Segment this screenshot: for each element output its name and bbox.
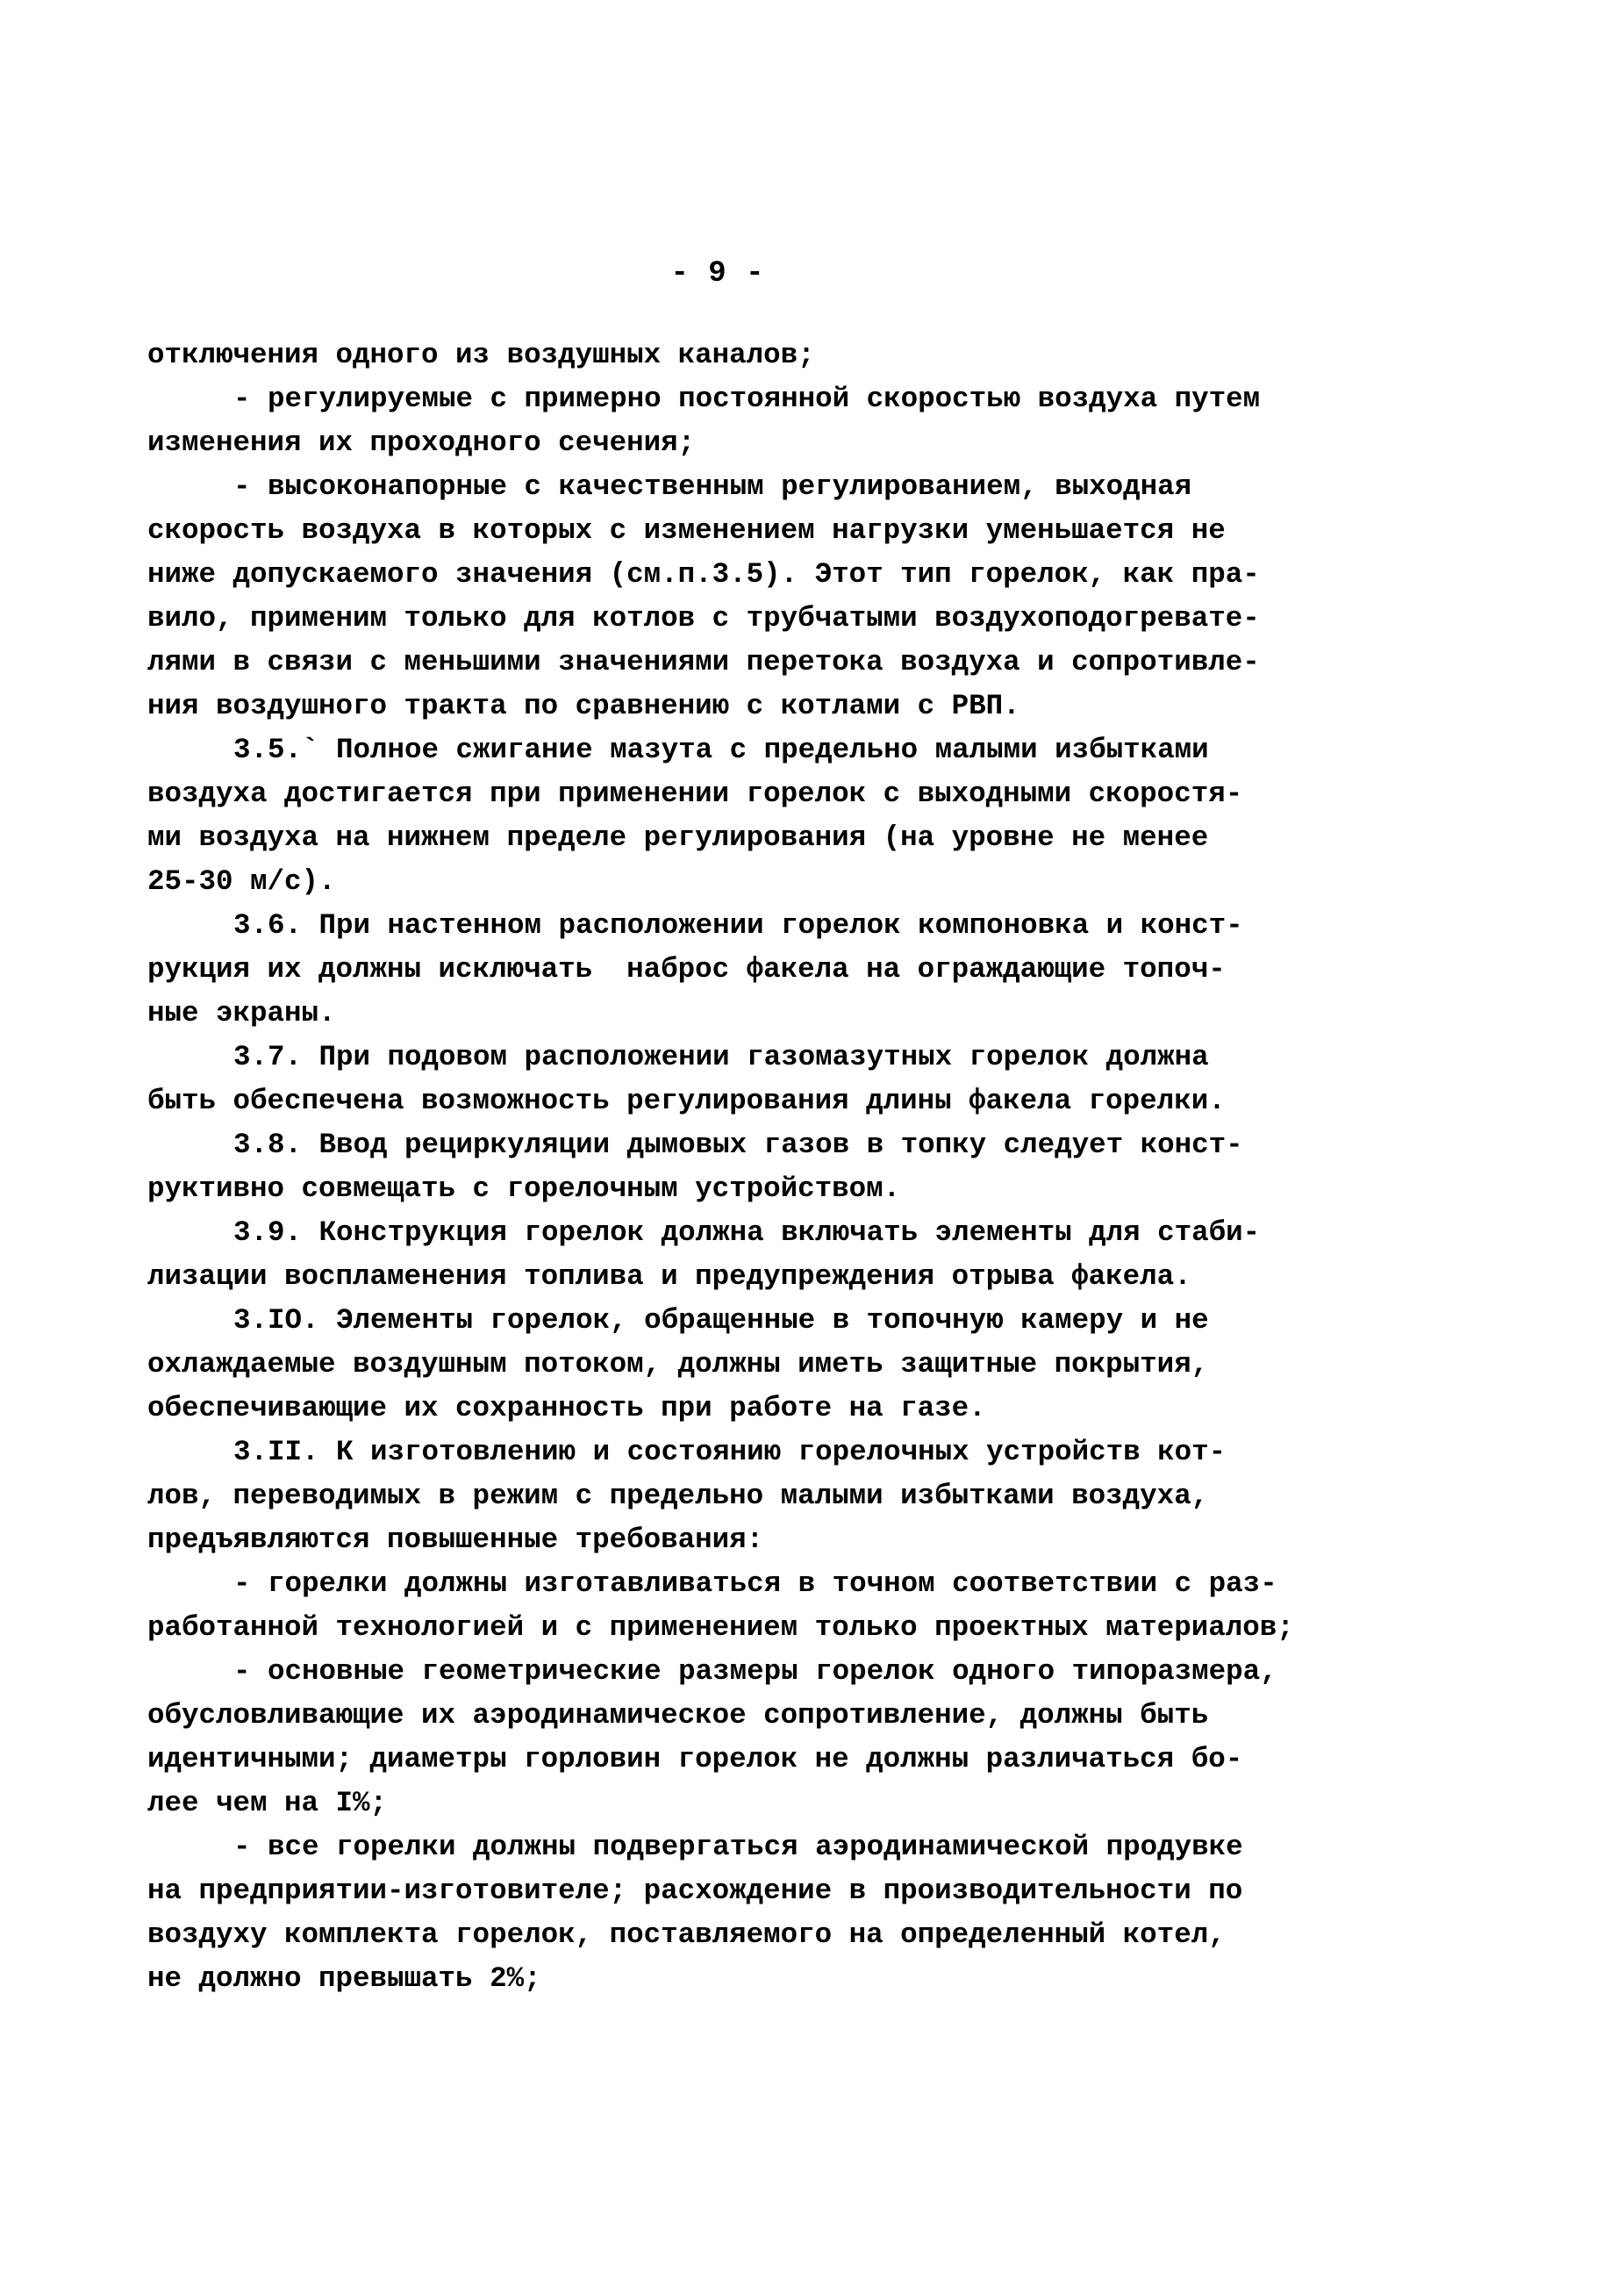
text-line: на предприятии-изготовителе; расхождение… (147, 1869, 1516, 1913)
text-line: отключения одного из воздушных каналов; (147, 333, 1516, 377)
text-line: лизации воспламенения топлива и предупре… (147, 1255, 1516, 1299)
text-line: работанной технологией и с применением т… (147, 1606, 1516, 1650)
text-line: обеспечивающие их сохранность при работе… (147, 1387, 1516, 1430)
page-number: - 9 - (147, 256, 1288, 291)
text-line: изменения их проходного сечения; (147, 421, 1516, 465)
text-line: 3.6. При настенном расположении горелок … (147, 904, 1516, 948)
text-line: 3.7. При подовом расположении газомазутн… (147, 1036, 1516, 1079)
text-line: - все горелки должны подвергаться аэроди… (147, 1825, 1516, 1869)
text-line: 3.8. Ввод рециркуляции дымовых газов в т… (147, 1123, 1516, 1167)
text-line: - основные геометрические размеры горело… (147, 1650, 1516, 1694)
text-line: лями в связи с меньшими значениями перет… (147, 641, 1516, 685)
text-line: рукция их должны исключать наброс факела… (147, 948, 1516, 992)
text-line: скорость воздуха в которых с изменением … (147, 509, 1516, 553)
text-line: воздуха достигается при применении горел… (147, 772, 1516, 816)
text-line: лее чем на I%; (147, 1782, 1516, 1825)
text-line: руктивно совмещать с горелочным устройст… (147, 1167, 1516, 1211)
text-line: идентичными; диаметры горловин горелок н… (147, 1738, 1516, 1782)
body-text: отключения одного из воздушных каналов;-… (147, 333, 1516, 2001)
text-line: вило, применим только для котлов с трубч… (147, 597, 1516, 641)
text-line: 3.II. К изготовлению и состоянию горелоч… (147, 1430, 1516, 1474)
text-line: ми воздуха на нижнем пределе регулирован… (147, 816, 1516, 860)
text-line: воздуху комплекта горелок, поставляемого… (147, 1913, 1516, 1957)
text-line: ные экраны. (147, 992, 1516, 1036)
text-line: ния воздушного тракта по сравнению с кот… (147, 685, 1516, 728)
text-line: - регулируемые с примерно постоянной ско… (147, 377, 1516, 421)
scanned-document-page: - 9 - отключения одного из воздушных кан… (0, 0, 1624, 2273)
text-line: лов, переводимых в режим с предельно мал… (147, 1474, 1516, 1518)
text-line: 3.IO. Элементы горелок, обращенные в топ… (147, 1299, 1516, 1343)
text-line: быть обеспечена возможность регулировани… (147, 1079, 1516, 1123)
text-line: предъявляются повышенные требования: (147, 1518, 1516, 1562)
text-line: 3.5.` Полное сжигание мазута с предельно… (147, 728, 1516, 772)
text-line: - высоконапорные с качественным регулиро… (147, 465, 1516, 509)
text-line: - горелки должны изготавливаться в точно… (147, 1562, 1516, 1606)
text-line: обусловливающие их аэродинамическое сопр… (147, 1694, 1516, 1738)
text-line: 25-30 м/с). (147, 860, 1516, 904)
text-line: 3.9. Конструкция горелок должна включать… (147, 1211, 1516, 1255)
text-line: не должно превышать 2%; (147, 1957, 1516, 2001)
text-line: ниже допускаемого значения (см.п.3.5). Э… (147, 553, 1516, 597)
text-line: охлаждаемые воздушным потоком, должны им… (147, 1343, 1516, 1387)
